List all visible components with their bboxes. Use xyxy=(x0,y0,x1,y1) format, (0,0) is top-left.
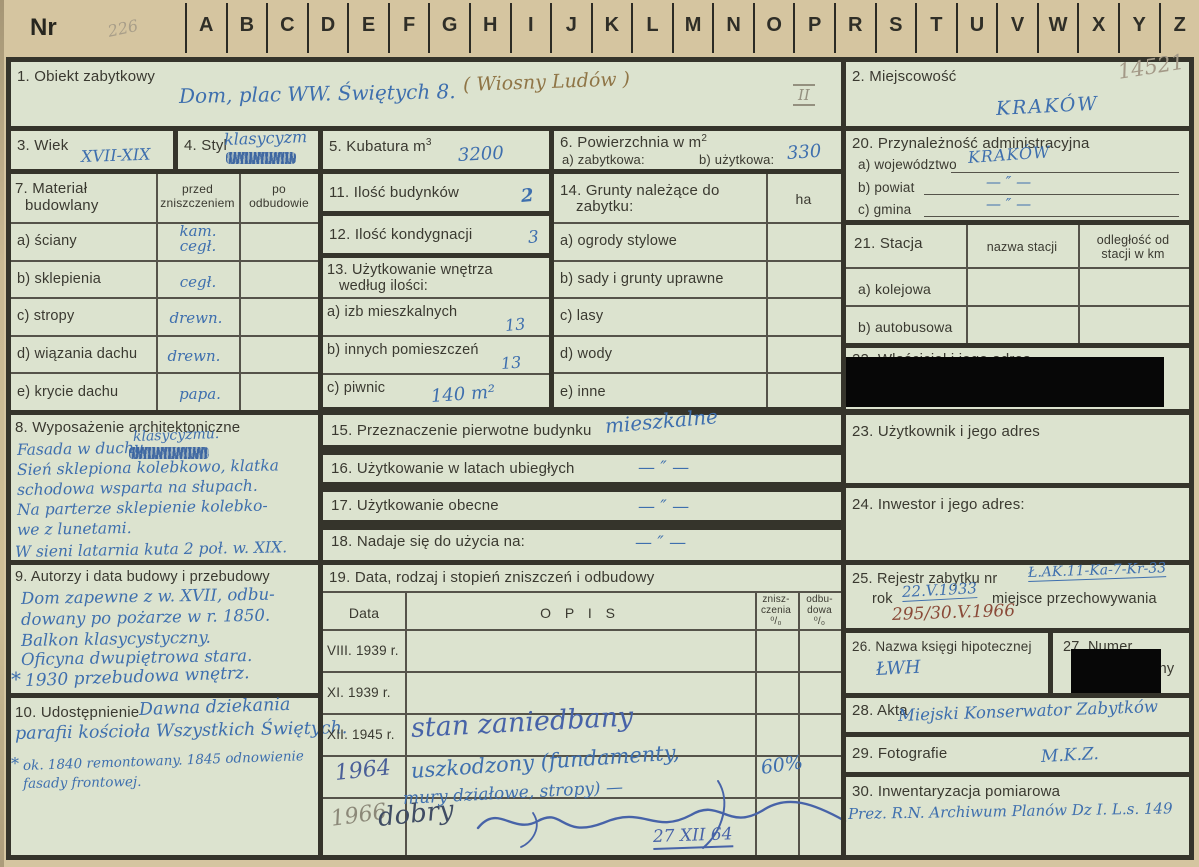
field-7-row-label: d) wiązania dachu xyxy=(17,346,137,362)
field-19-row-date: XI. 1939 r. xyxy=(327,685,391,700)
alphabet-tab: E xyxy=(347,3,388,53)
field-21-label: 21. Stacja xyxy=(854,235,923,252)
field-9-hw-line: dowany po pożarze w r. 1850. xyxy=(21,606,270,629)
field-12-label: 12. Ilość kondygnacji xyxy=(329,226,472,243)
field-5-label: 5. Kubatura m3 xyxy=(329,137,432,155)
field-10-label: 10. Udostępnienie xyxy=(15,704,139,721)
field-9-box: 9. Autorzy i data budowy i przebudowy Do… xyxy=(6,560,323,698)
row-divider xyxy=(846,267,1189,269)
field-17-value: — ″ — xyxy=(638,497,689,517)
row-divider xyxy=(11,260,318,262)
field-13-box: 13. Użytkowanie wnętrza według ilości: a… xyxy=(318,253,554,415)
field-10-note-line: fasady frontowej. xyxy=(23,774,142,792)
field-8-hw-line: Sień sklepiona kolebkowo, klatka xyxy=(17,456,279,479)
field-6a-label: a) zabytkowa: xyxy=(562,152,645,167)
alphabet-tab: C xyxy=(266,3,307,53)
field-7-label-line2: budowlany xyxy=(25,197,99,214)
field-27-box: 27. Numer hipoteczny xyxy=(1048,628,1194,698)
row-divider xyxy=(323,671,841,673)
row-divider xyxy=(323,591,841,593)
alphabet-tab: O xyxy=(753,3,794,53)
field-17-label: 17. Użytkowanie obecne xyxy=(331,497,499,514)
field-15-value: mieszkalne xyxy=(604,404,719,438)
field-14-row-label: e) inne xyxy=(560,384,606,400)
field-25-box: 25. Rejestr zabytku nr Ł.AK.11-Ka-7-Kr-3… xyxy=(841,560,1194,633)
alphabet-tab: B xyxy=(226,3,267,53)
field-8-hw-line: schodowa wsparta na słupach. xyxy=(17,477,258,499)
field-7-row-label: c) stropy xyxy=(17,308,74,324)
field-19-col-znisz-line2: czenia xyxy=(754,605,798,616)
field-25-register-number: Ł.AK.11-Ka-7-Kr-33 xyxy=(1028,560,1167,582)
field-2-pencil-number: 14521 xyxy=(1116,50,1186,84)
field-13-row-label: a) izb mieszkalnych xyxy=(327,304,457,320)
row-divider xyxy=(554,335,841,337)
field-20c-label: c) gmina xyxy=(858,202,911,217)
field-21-row-label: a) kolejowa xyxy=(858,281,931,297)
alphabet-tab: T xyxy=(915,3,956,53)
field-20a-label: a) województwo xyxy=(858,157,957,172)
field-13-row-label: b) innych pomieszczeń xyxy=(327,342,479,358)
field-13-row-label: c) piwnic xyxy=(327,380,385,396)
row-divider xyxy=(554,222,841,224)
rule-line xyxy=(924,216,1179,217)
field-5-label-sup: 3 xyxy=(426,137,432,148)
field-29-label: 29. Fotografie xyxy=(852,745,947,762)
field-11-label: 11. Ilość budynków xyxy=(329,184,459,201)
field-25-rok-value: 22.V.1933 xyxy=(902,579,978,602)
field-10-box: 10. Udostępnienie Dawna dziekania parafi… xyxy=(6,693,323,860)
alphabet-tab: F xyxy=(388,3,429,53)
row-divider xyxy=(11,297,318,299)
field-7-row-value: cegł. xyxy=(159,273,237,291)
field-21-col1-label: nazwa stacji xyxy=(967,240,1077,254)
row-divider xyxy=(846,305,1189,307)
field-7-col2-line2: odbudowie xyxy=(240,196,318,210)
field-5-label-text: 5. Kubatura m xyxy=(329,138,426,155)
field-19-hw-1945-opis: stan zaniedbany xyxy=(410,701,634,744)
alphabet-tab: K xyxy=(591,3,632,53)
field-2-label: 2. Miejscowość xyxy=(852,68,957,85)
field-18-box: 18. Nadaje się do użycia na: — ″ — xyxy=(318,520,846,565)
field-19-col-odbud-pct: ⁰/₀ xyxy=(798,616,841,627)
field-7-row-value: papa. xyxy=(161,385,239,403)
field-19-col-odbud-line1: odbu- xyxy=(798,594,841,605)
field-10-hw-line: Dawna dziekania xyxy=(139,695,291,720)
field-1-value: Dom, plac WW. Świętych 8. xyxy=(179,79,456,108)
field-3-label: 3. Wiek xyxy=(17,137,68,154)
row-divider xyxy=(11,372,318,374)
alphabet-tab: I xyxy=(510,3,551,53)
field-4-label: 4. Styl xyxy=(184,137,227,154)
field-18-label: 18. Nadaje się do użycia na: xyxy=(331,533,525,550)
field-8-hw-line: W sieni latarnia kuta 2 poł. w. XIX. xyxy=(15,538,287,561)
field-7-row-label: b) sklepienia xyxy=(17,271,101,287)
field-7-box: 7. Materiał budowlany przed zniszczeniem… xyxy=(6,169,323,415)
field-7-col2-line1: po xyxy=(240,182,318,196)
field-19-row-date: VIII. 1939 r. xyxy=(327,643,399,658)
field-30-box: 30. Inwentaryzacja pomiarowa Prez. R.N. … xyxy=(841,772,1194,860)
field-5-box: 5. Kubatura m3 3200 xyxy=(318,126,554,174)
field-13-label-line1: 13. Użytkowanie wnętrza xyxy=(327,262,493,278)
field-19-label: 19. Data, rodzaj i stopień zniszczeń i o… xyxy=(329,569,654,586)
field-14-box: 14. Grunty należące do zabytku: ha a) og… xyxy=(549,169,846,415)
field-28-box: 28. Akta Miejski Konserwator Zabytków xyxy=(841,693,1194,737)
field-12-box: 12. Ilość kondygnacji 3 xyxy=(318,211,554,258)
alphabet-tab: H xyxy=(469,3,510,53)
field-3-box: 3. Wiek XVII-XIX xyxy=(6,126,178,174)
field-7-row-value: kam. cegł. xyxy=(159,224,237,254)
field-2-box: 2. Miejscowość KRAKÓW 14521 xyxy=(841,57,1194,131)
field-6b-value: 330 xyxy=(786,141,822,164)
field-25-miejsce-label: miejsce przechowywania xyxy=(992,591,1157,607)
field-14-row-label: b) sady i grunty uprawne xyxy=(560,271,724,287)
field-15-label: 15. Przeznaczenie pierwotne budynku xyxy=(331,422,592,439)
ink-scribble xyxy=(226,152,296,164)
field-21-col2-line1: odległość od xyxy=(1079,233,1187,247)
alphabet-tab: V xyxy=(996,3,1037,53)
field-19-col-znisz-pct: ⁰/₀ xyxy=(754,616,798,627)
field-6-label-text: 6. Powierzchnia w m xyxy=(560,134,701,151)
field-19-col-opis: O P I S xyxy=(405,605,755,621)
row-divider xyxy=(323,335,549,337)
field-14-row-label: a) ogrody stylowe xyxy=(560,233,677,249)
field-20-box: 20. Przynależność administracyjna a) woj… xyxy=(841,126,1194,225)
row-divider xyxy=(11,335,318,337)
field-14-row-label: d) wody xyxy=(560,346,612,362)
field-8-hw-line: we z lunetami. xyxy=(17,519,132,539)
field-6b-label: b) użytkowa: xyxy=(699,152,774,167)
alphabet-tab: Y xyxy=(1118,3,1159,53)
field-6-label-sup: 2 xyxy=(701,133,707,144)
field-6-box: 6. Powierzchnia w m2 a) zabytkowa: b) uż… xyxy=(549,126,846,174)
field-19-col-znisz-line1: znisz- xyxy=(754,594,798,605)
field-21-row-label: b) autobusowa xyxy=(858,319,952,335)
field-26-value: ŁWH xyxy=(875,657,921,680)
field-9-hw-line: Dom zapewne z w. XVII, odbu- xyxy=(21,585,275,608)
field-30-value: Prez. R.N. Archiwum Planów Dz I. L.s. 14… xyxy=(848,799,1173,823)
field-19-row-date: XII. 1945 r. xyxy=(327,727,395,742)
monument-record-card: Nr 226 A B C D E F G H I J K L M N O P R… xyxy=(0,0,1199,867)
field-14-unit-label: ha xyxy=(766,191,841,207)
field-4-box: 4. Styl klasycyzm xyxy=(173,126,323,174)
alphabet-tab: D xyxy=(307,3,348,53)
nr-pencil-number: 226 xyxy=(106,16,140,41)
alphabet-tab: S xyxy=(875,3,916,53)
row-divider xyxy=(323,629,841,631)
field-8-hw-insert: klasycyzmu. xyxy=(133,426,220,445)
field-1-pencil-roman: II xyxy=(793,84,815,106)
row-divider xyxy=(323,297,549,299)
field-21-col2-line2: stacji w km xyxy=(1079,247,1187,261)
field-19-col-data: Data xyxy=(323,605,405,621)
field-8-box: 8. Wyposażenie architektoniczne Fasada w… xyxy=(6,410,323,565)
alphabet-tab: J xyxy=(550,3,591,53)
field-8-hw-line: Na parterze sklepienie kolebko- xyxy=(17,497,268,519)
field-23-label: 23. Użytkownik i jego adres xyxy=(852,423,1040,440)
field-24-box: 24. Inwestor i jego adres: xyxy=(841,483,1194,565)
field-10-note-line: ok. 1840 remontowany. 1845 odnowienie xyxy=(23,748,304,774)
redaction-bar xyxy=(846,357,1164,407)
field-4-value: klasycyzm xyxy=(224,127,308,149)
field-12-value: 3 xyxy=(527,227,539,248)
row-divider xyxy=(554,260,841,262)
alphabet-tab: M xyxy=(672,3,713,53)
field-7-row-value: drewn. xyxy=(157,309,235,327)
field-7-row-value: drewn. xyxy=(155,347,233,365)
row-divider xyxy=(323,373,549,375)
field-30-label: 30. Inwentaryzacja pomiarowa xyxy=(852,783,1060,800)
alphabet-tab: A xyxy=(185,3,226,53)
row-divider xyxy=(554,372,841,374)
alphabet-tab: Z xyxy=(1159,3,1199,53)
field-7-col1-line1: przed xyxy=(157,182,238,196)
field-26-label: 26. Nazwa księgi hipotecznej xyxy=(852,639,1032,654)
field-8-hw-line: Fasada w duchu xyxy=(17,439,144,459)
field-16-value: — ″ — xyxy=(638,458,689,478)
field-13-row-value: 140 m² xyxy=(430,382,496,407)
field-7-row-label: e) krycie dachu xyxy=(17,384,118,400)
redaction-bar xyxy=(1071,649,1161,693)
alphabet-tab: X xyxy=(1077,3,1118,53)
field-9-label: 9. Autorzy i data budowy i przebudowy xyxy=(15,569,270,585)
field-14-label-line2: zabytku: xyxy=(576,198,633,215)
field-2-value: KRAKÓW xyxy=(995,93,1099,120)
field-29-box: 29. Fotografie M.K.Z. xyxy=(841,732,1194,777)
alphabet-tab: U xyxy=(956,3,997,53)
alphabet-tab: R xyxy=(834,3,875,53)
field-5-value: 3200 xyxy=(457,143,504,166)
field-7-col1-line2: zniszczeniem xyxy=(157,196,238,210)
field-24-label: 24. Inwestor i jego adres: xyxy=(852,496,1025,513)
field-28-value: Miejski Konserwator Zabytków xyxy=(898,697,1159,725)
field-20b-label: b) powiat xyxy=(858,180,915,195)
field-25-miejsce-value: 295/30.V.1966 xyxy=(892,601,1016,625)
field-1-box: 1. Obiekt zabytkowy Dom, plac WW. Święty… xyxy=(6,57,846,131)
field-11-value: 2 xyxy=(520,185,534,207)
field-3-value: XVII-XIX xyxy=(81,145,151,166)
field-13-row-value: 13 xyxy=(504,314,526,335)
field-1-label: 1. Obiekt zabytkowy xyxy=(17,68,155,85)
row-divider xyxy=(554,297,841,299)
nr-label: Nr xyxy=(30,14,57,42)
alphabet-tab: W xyxy=(1037,3,1078,53)
field-16-label: 16. Użytkowanie w latach ubiegłych xyxy=(331,460,575,477)
field-26-box: 26. Nazwa księgi hipotecznej ŁWH xyxy=(841,628,1053,698)
field-6-label: 6. Powierzchnia w m2 xyxy=(560,133,707,151)
rule-line xyxy=(924,194,1179,195)
field-20c-value: — ″ — xyxy=(986,195,1031,213)
field-13-label-line2: według ilości: xyxy=(339,278,428,294)
asterisk-mark: * xyxy=(11,754,19,773)
field-10-hw-line: parafii kościoła Wszystkich Świętych. xyxy=(15,718,348,744)
field-19-hw-signature-date: 27 XII 64 xyxy=(653,824,733,850)
field-7-label-line1: 7. Materiał xyxy=(15,180,87,197)
alphabet-tab: G xyxy=(428,3,469,53)
field-19-box: 19. Data, rodzaj i stopień zniszczeń i o… xyxy=(318,560,846,860)
alphabet-tab: L xyxy=(631,3,672,53)
asterisk-mark: * xyxy=(11,667,21,691)
alphabet-index-tabs: A B C D E F G H I J K L M N O P R S T U … xyxy=(185,3,1199,53)
field-7-row-label: a) ściany xyxy=(17,233,77,249)
field-19-hw-year: 1964 xyxy=(334,755,392,786)
field-25-rok-label: rok xyxy=(872,591,893,607)
field-29-value: M.K.Z. xyxy=(1040,744,1099,767)
column-divider xyxy=(766,174,768,410)
alphabet-tab: P xyxy=(793,3,834,53)
field-11-box: 11. Ilość budynków 2 xyxy=(318,169,554,216)
field-22-box: 22. Właściciel i jego adres xyxy=(841,343,1194,414)
field-23-box: 23. Użytkownik i jego adres xyxy=(841,410,1194,488)
field-19-col-odbud-line2: dowa xyxy=(798,605,841,616)
field-14-label-line1: 14. Grunty należące do xyxy=(560,182,720,199)
field-20b-value: — ″ — xyxy=(986,173,1031,191)
field-21-box: 21. Stacja nazwa stacji odległość od sta… xyxy=(841,220,1194,348)
field-18-value: — ″ — xyxy=(635,533,686,553)
field-1-parenthetical: ( Wiosny Ludów ) xyxy=(463,68,631,96)
field-13-row-value: 13 xyxy=(500,353,522,373)
field-14-row-label: c) lasy xyxy=(560,308,603,324)
field-19-hw-opis-line: dobry xyxy=(376,795,455,833)
alphabet-tab: N xyxy=(712,3,753,53)
